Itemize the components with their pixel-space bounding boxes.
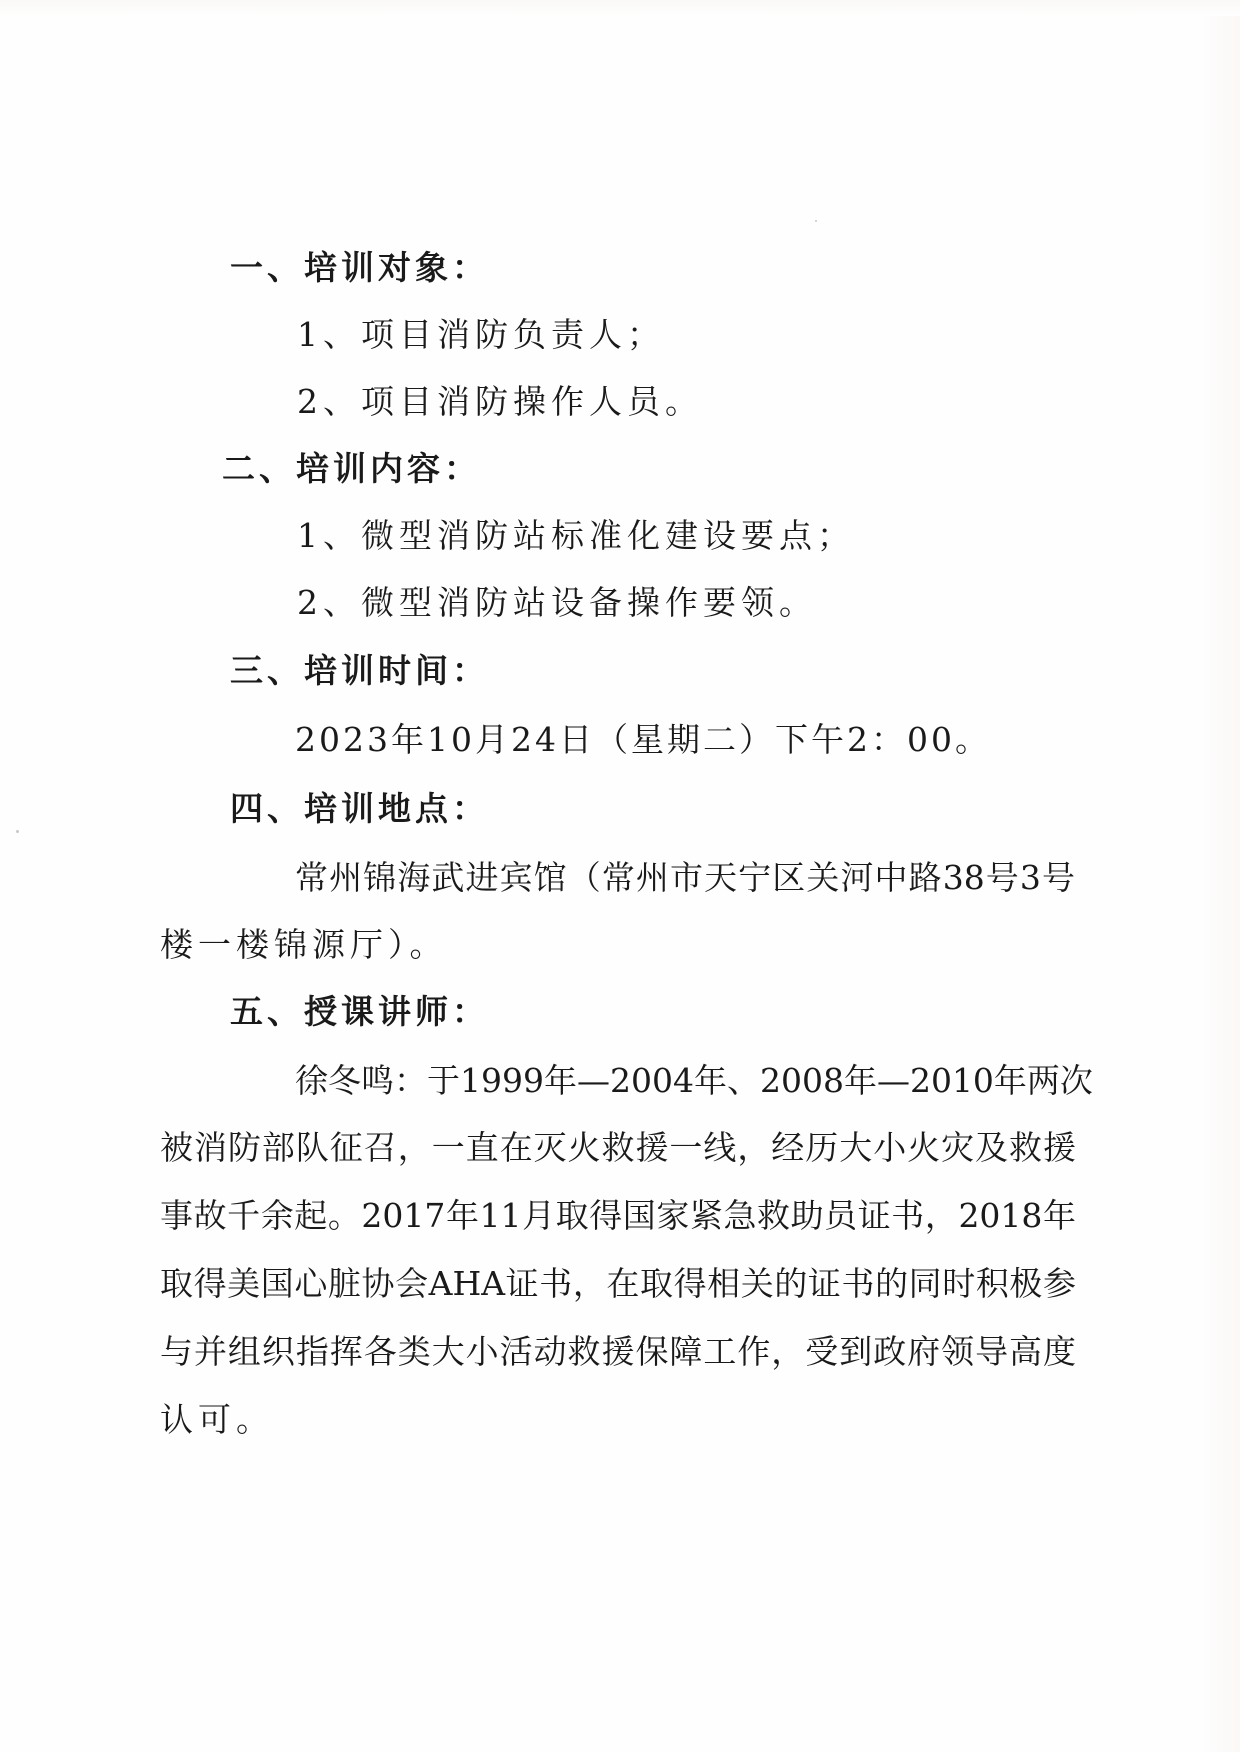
- section-heading-training-location: 四、培训地点：: [230, 789, 489, 829]
- instructor-bio-line: 认可。: [160, 1400, 274, 1440]
- section-heading-training-content: 二、培训内容：: [222, 449, 481, 489]
- section-heading-instructor: 五、授课讲师：: [230, 992, 489, 1032]
- list-item: 2、项目消防操作人员。: [297, 382, 703, 422]
- section-heading-target-audience: 一、培训对象：: [230, 248, 489, 288]
- list-item: 2、微型消防站设备操作要领。: [297, 583, 817, 623]
- training-datetime: 2023年10月24日（星期二）下午2：00。: [295, 720, 991, 760]
- instructor-bio-line: 事故千余起。2017年11月取得国家紧急救助员证书，2018年: [160, 1196, 1076, 1236]
- instructor-bio-line: 徐冬鸣：于1999年—2004年、2008年—2010年两次: [295, 1061, 1075, 1101]
- section-heading-training-time: 三、培训时间：: [230, 651, 489, 691]
- scan-right-edge: [1200, 16, 1240, 1752]
- scan-top-edge: [0, 0, 1240, 16]
- location-line: 楼一楼锦源厅）。: [160, 925, 448, 965]
- list-item: 1、微型消防站标准化建设要点；: [297, 516, 855, 556]
- instructor-bio-line: 与并组织指挥各类大小活动救援保障工作，受到政府领导高度: [160, 1332, 1076, 1372]
- location-line: 常州锦海武进宾馆（常州市天宁区关河中路38号3号: [295, 858, 1075, 898]
- instructor-bio-line: 取得美国心脏协会AHA证书，在取得相关的证书的同时积极参: [160, 1264, 1076, 1304]
- scan-speck: [16, 830, 19, 833]
- scan-speck: [815, 220, 817, 222]
- list-item: 1、项目消防负责人；: [297, 315, 665, 355]
- instructor-bio-line: 被消防部队征召，一直在灭火救援一线，经历大小火灾及救援: [160, 1128, 1076, 1168]
